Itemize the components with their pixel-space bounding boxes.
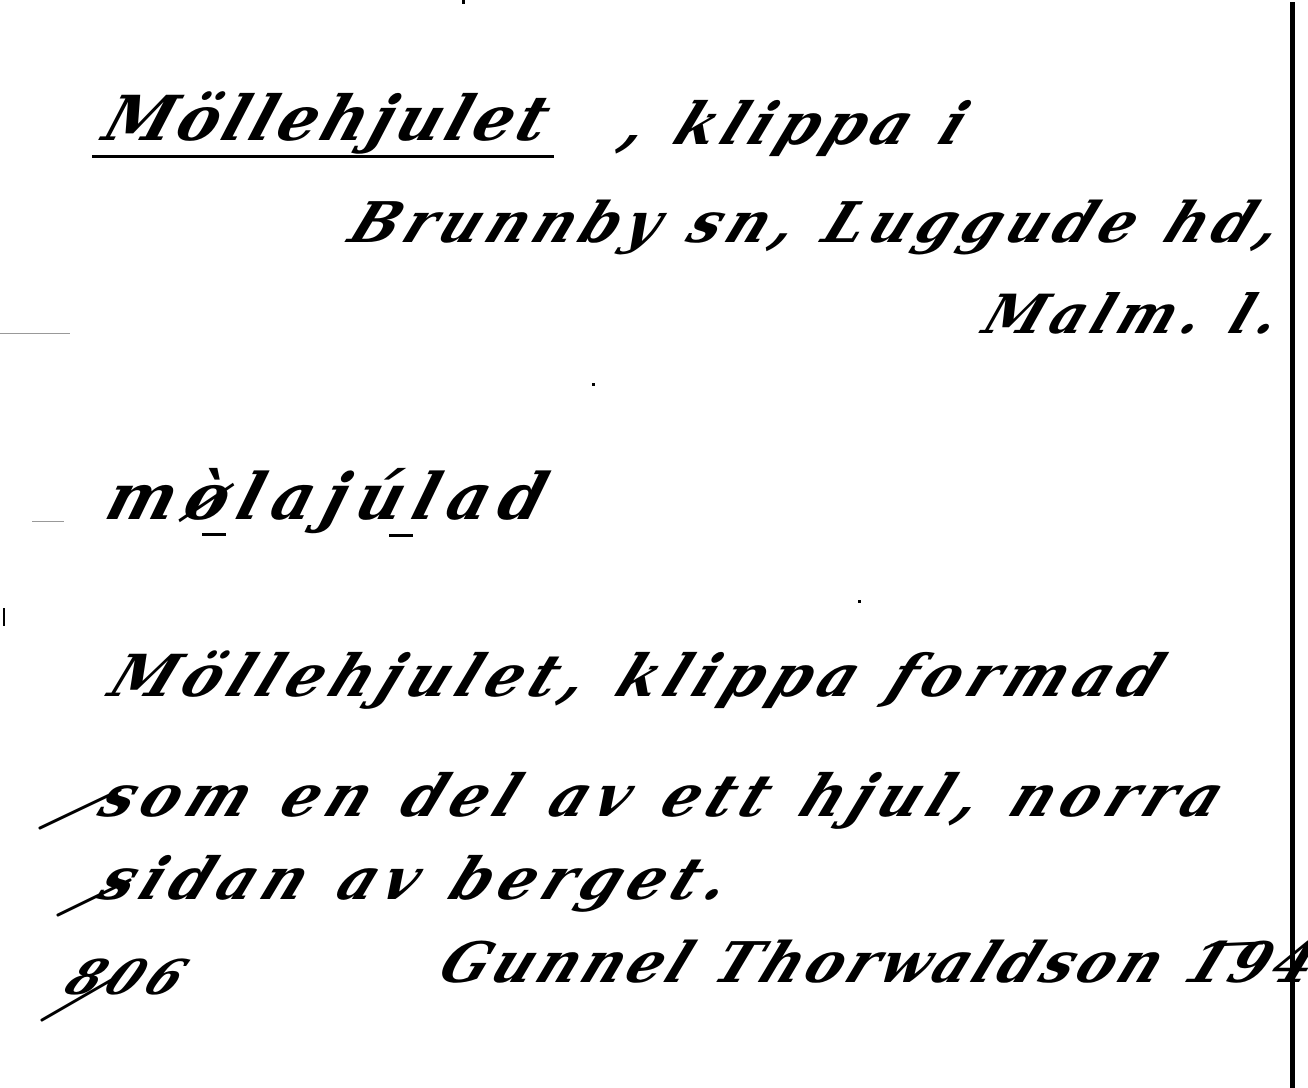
scan-speck — [592, 383, 595, 386]
archive-card: Möllehjulet , klippa i Brunnby sn, Luggu… — [0, 0, 1308, 1088]
card-right-edge — [1290, 2, 1295, 1088]
scan-mark — [462, 0, 465, 4]
place-name-heading: Möllehjulet — [95, 82, 563, 155]
collector-signature: Gunnel Thorwaldson 1945. — [430, 930, 1308, 996]
collection-year: 1945. — [1176, 930, 1308, 996]
scan-mark-left — [3, 608, 5, 626]
parish-district: Brunnby sn, Luggude hd, — [340, 190, 1299, 256]
vowel-length-mark — [202, 533, 226, 536]
description-line-1: Möllehjulet, klippa formad — [100, 642, 1182, 710]
vowel-length-mark — [389, 534, 413, 537]
scan-dotted-line — [0, 333, 70, 334]
phonetic-transcription: mø̀lajúlad — [98, 460, 566, 535]
record-number: 806 — [55, 950, 203, 1006]
description-line-3: sidan av berget. — [90, 845, 749, 913]
scan-dotted-line — [32, 521, 64, 522]
place-type: , klippa i — [612, 90, 985, 158]
place-name-underline — [92, 155, 554, 158]
collector-name: Gunnel Thorwaldson — [430, 930, 1179, 996]
scan-speck — [858, 600, 861, 603]
description-line-2: som en del av ett hjul, norra — [90, 762, 1242, 830]
county: Malm. l. — [975, 282, 1296, 346]
pen-strokes — [0, 0, 1308, 1088]
